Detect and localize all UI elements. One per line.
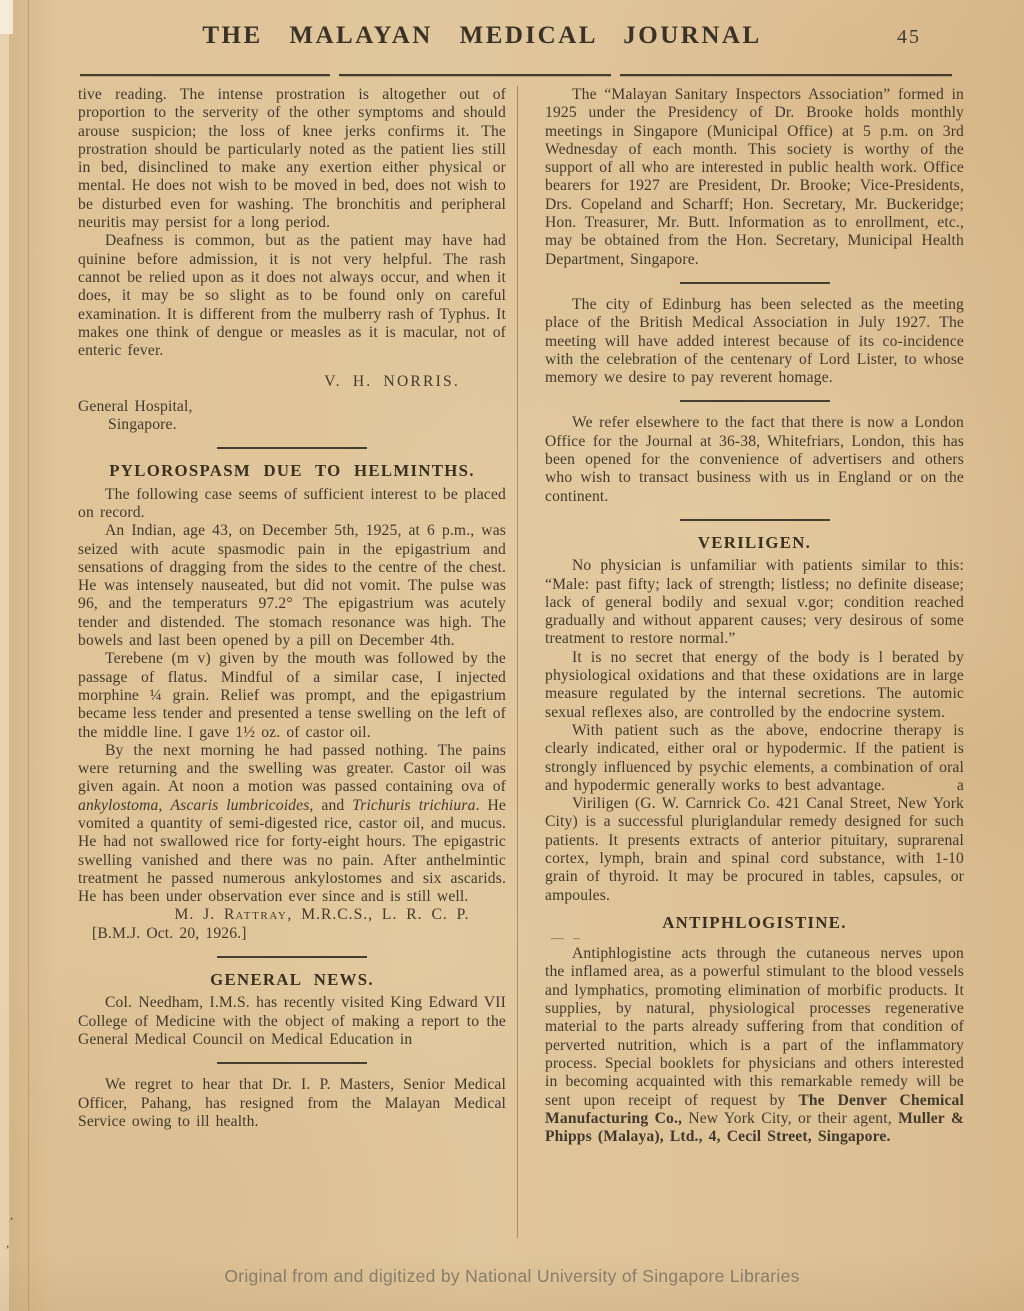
sanitary-inspectors-paragraph: The “Malayan Sanitary Inspectors Associa… (545, 86, 964, 269)
pylorospasm-paragraph-3: Terebene (m v) given by the mouth was fo… (78, 650, 506, 741)
general-news-paragraph-1: Col. Needham, I.M.S. has recently visite… (78, 994, 506, 1049)
header-rule-right (620, 74, 952, 76)
section-divider (217, 956, 367, 958)
scanned-journal-page: THE MALAYAN MEDICAL JOURNAL 45 tive read… (0, 0, 1024, 1311)
pylorospasm-paragraph-4: By the next morning he had passed nothin… (78, 742, 506, 907)
section-divider (217, 447, 367, 449)
veriligen-paragraph-1: No physician is unfamiliar with patients… (545, 557, 964, 648)
section-divider (680, 282, 830, 284)
paragraph-text: , (158, 797, 170, 814)
species-name: ankylostoma (78, 797, 158, 814)
journal-title: THE MALAYAN MEDICAL JOURNAL (0, 22, 964, 50)
right-column: The “Malayan Sanitary Inspectors Associa… (545, 86, 964, 1146)
left-column: tive reading. The intense prostration is… (78, 86, 506, 1131)
signature-rattray: M. J. Rattray, M.R.C.S., L. R. C. P. (78, 906, 506, 924)
page-fold-crease (28, 0, 29, 1311)
digitization-watermark: Original from and digitized by National … (0, 1266, 1024, 1287)
page-edge-highlight (0, 0, 9, 1311)
general-news-paragraph-2: We regret to hear that Dr. I. P. Masters… (78, 1076, 506, 1131)
header-rule (80, 74, 954, 76)
section-heading-veriligen: VERILIGEN. (545, 534, 964, 552)
intro-paragraph-2: Deafness is common, but as the patient m… (78, 232, 506, 360)
header-rule-left (80, 74, 330, 76)
page-number: 45 (897, 26, 921, 49)
species-name: Ascaris lumbricoides (170, 797, 309, 814)
citation-bmj: [B.M.J. Oct. 20, 1926.] (78, 925, 506, 943)
veriligen-paragraph-2: It is no secret that energy of the body … (545, 649, 964, 722)
section-divider (680, 400, 830, 402)
signature-smallcaps: attray (235, 906, 287, 923)
stray-print-character: a (930, 777, 964, 795)
paragraph-text: , and (309, 797, 352, 814)
header-rule-center (339, 74, 611, 76)
address-line-1: General Hospital, (78, 398, 506, 416)
pylorospasm-paragraph-2: An Indian, age 43, on December 5th, 1925… (78, 522, 506, 650)
section-divider (217, 1062, 367, 1064)
veriligen-paragraph-3: With patient such as the above, endocrin… (545, 722, 964, 795)
antiphlogistine-paragraph: Antiphlogistine acts through the cutaneo… (545, 945, 964, 1146)
signature-text: M. J. R (174, 906, 235, 923)
paragraph-text: With patient such as the above, endocrin… (545, 722, 964, 794)
column-divider (517, 86, 518, 1238)
veriligen-paragraph-4: Viriligen (G. W. Carnrick Co. 421 Canal … (545, 795, 964, 905)
species-name: Trichuris trichiura (352, 797, 475, 814)
address-line-2: Singapore. (78, 416, 506, 434)
signature-norris: V. H. NORRIS. (78, 373, 506, 391)
paragraph-text: By the next morning he had passed nothin… (78, 742, 506, 796)
print-smudge-mark: — – (545, 933, 964, 945)
pylorospasm-paragraph-1: The following case seems of sufficient i… (78, 486, 506, 523)
section-heading-general-news: GENERAL NEWS. (78, 971, 506, 989)
london-office-paragraph: We refer elsewhere to the fact that ther… (545, 414, 964, 505)
section-heading-antiphlogistine: ANTIPHLOGISTINE. (545, 914, 964, 932)
section-divider (680, 519, 830, 521)
signature-text: , M.R.C.S., L. R. C. P. (287, 906, 469, 923)
edinburgh-meeting-paragraph: The city of Edinburg has been selected a… (545, 296, 964, 387)
paragraph-text: New York City, or their agent, (682, 1110, 898, 1127)
ink-mark: ʼ (8, 1216, 14, 1229)
section-heading-pylorospasm: PYLOROSPASM DUE TO HELMINTHS. (78, 462, 506, 480)
intro-paragraph-1: tive reading. The intense prostration is… (78, 86, 506, 232)
paragraph-text: Antiphlogistine acts through the cutaneo… (545, 945, 964, 1108)
